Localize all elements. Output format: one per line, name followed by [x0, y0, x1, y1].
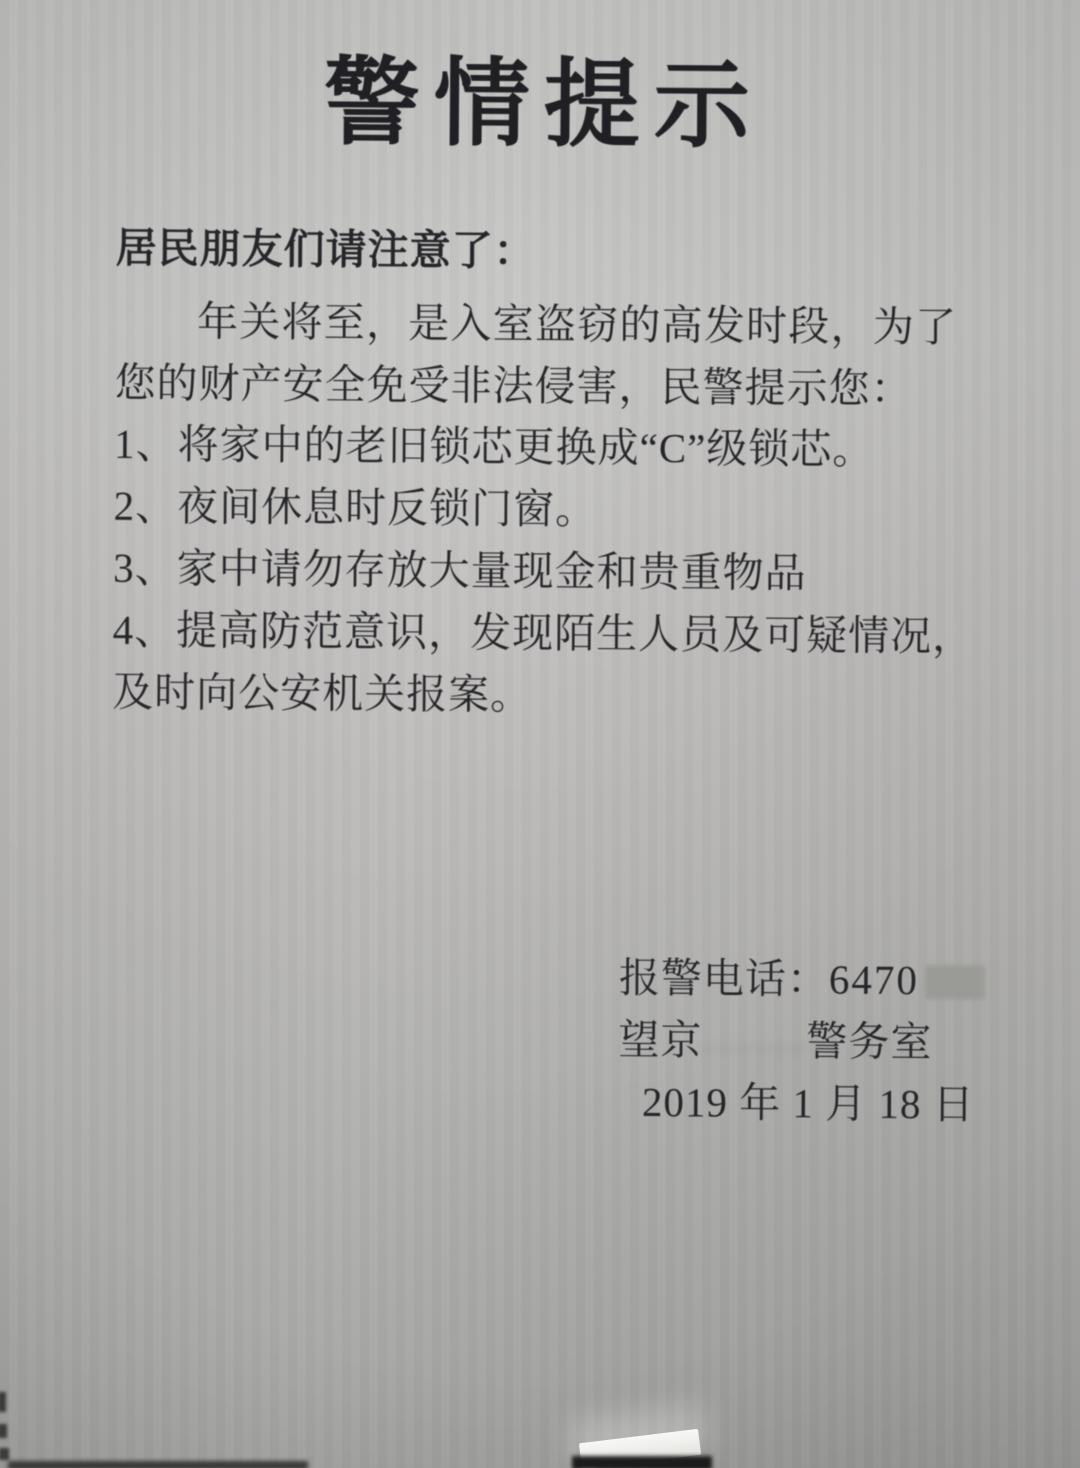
station-name-prefix: 望京: [618, 1017, 702, 1064]
notice-date: 2019 年 1 月 18 日: [618, 1071, 984, 1136]
photo-bottom-shadow: [572, 1456, 712, 1468]
notice-text-layer: 警情提示 居民朋友们请注意了： 年关将至，是入室盗窃的高发时段，为了您的财产安全…: [0, 0, 1080, 1468]
police-station-line: 望京警务室: [618, 1009, 984, 1074]
photo-edge-artifact: [0, 1392, 6, 1412]
intro-paragraph: 年关将至，是入室盗窃的高发时段，为了您的财产安全免受非法侵害，民警提示您：: [114, 290, 957, 421]
list-item: 3、家中请勿存放大量现金和贵重物品: [113, 537, 985, 606]
photo-edge-artifact: [0, 1448, 9, 1460]
station-redaction-blur: [702, 1042, 806, 1055]
safety-tips-list: 1、将家中的老旧锁芯更换成“C”级锁芯。 2、夜间休息时反锁门窗。 3、家中请勿…: [112, 413, 986, 730]
phone-redaction-blur: [925, 965, 985, 999]
photo-bottom-edge-strip: [8, 1461, 308, 1468]
notice-photo: 警情提示 居民朋友们请注意了： 年关将至，是入室盗窃的高发时段，为了您的财产安全…: [0, 0, 1080, 1468]
list-item: 2、夜间休息时反锁门窗。: [113, 475, 985, 544]
notice-title: 警情提示: [3, 24, 1080, 169]
list-item: 4、提高防范意识，发现陌生人员及可疑情况，及时向公安机关报案。: [112, 599, 985, 730]
station-name-suffix: 警务室: [806, 1018, 932, 1065]
phone-label: 报警电话：: [619, 955, 829, 1003]
salutation-line: 居民朋友们请注意了：: [115, 215, 535, 277]
photo-edge-artifact: [0, 1424, 7, 1438]
phone-number-partial: 6470: [829, 956, 919, 1003]
notice-footer: 报警电话：6470 望京警务室 2019 年 1 月 18 日: [618, 947, 985, 1136]
list-item: 1、将家中的老旧锁芯更换成“C”级锁芯。: [114, 413, 986, 482]
police-phone-line: 报警电话：6470: [619, 947, 985, 1012]
